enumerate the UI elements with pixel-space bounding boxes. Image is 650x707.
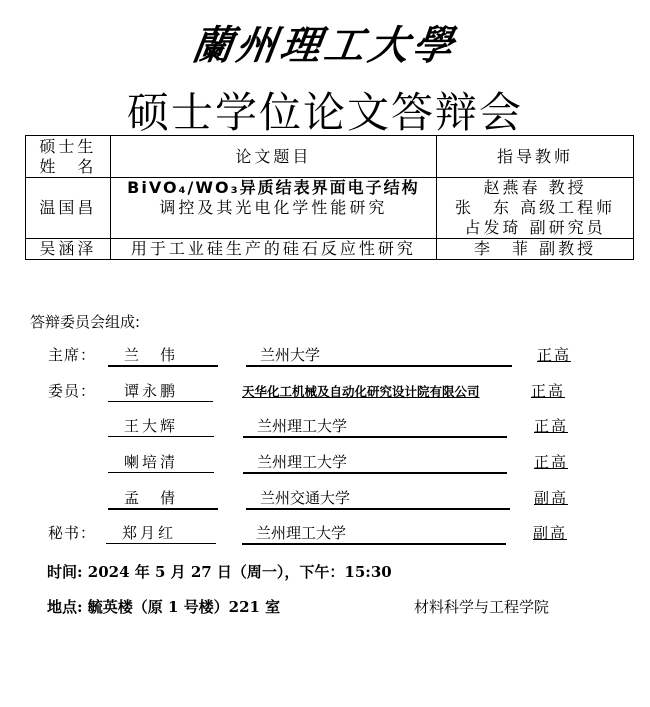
- header-student-line2: 姓 名: [28, 157, 108, 177]
- table-header-row: 硕士生 姓 名 论文题目 指导教师: [26, 136, 634, 178]
- header-student: 硕士生 姓 名: [26, 136, 111, 178]
- advisor: 赵燕春 教授: [439, 178, 631, 198]
- thesis-title: 用于工业硅生产的硅石反应性研究: [110, 239, 436, 260]
- member-name: 王大辉: [108, 415, 214, 437]
- thesis-title: BiVO₄/WO₃异质结表界面电子结构 调控及其光电化学性能研究: [110, 178, 436, 239]
- member-org: 兰州交通大学: [246, 487, 510, 510]
- defense-time: 时间: 2024 年 5 月 27 日（周一），下午：15:30: [47, 561, 392, 582]
- advisor-list: 赵燕春 教授 张 东 高级工程师 占发琦 副研究员: [437, 178, 634, 239]
- member-name: 兰 伟: [108, 344, 218, 367]
- thesis-table: 硕士生 姓 名 论文题目 指导教师 温国昌 BiVO₄/WO₃异质结表界面电子结…: [25, 135, 634, 260]
- member-rank: 正高: [534, 451, 568, 472]
- member-name: 郑月红: [106, 522, 216, 544]
- student-name: 吴涵泽: [26, 239, 111, 260]
- member-org: 兰州理工大学: [242, 522, 506, 545]
- advisor: 李 菲 副教授: [437, 239, 634, 260]
- advisor: 张 东 高级工程师: [439, 198, 631, 218]
- table-row: 吴涵泽 用于工业硅生产的硅石反应性研究 李 菲 副教授: [26, 239, 634, 260]
- member-rank: 正高: [534, 415, 568, 436]
- member-name: 孟 倩: [108, 487, 218, 510]
- committee-member-row: 委员： 谭永鹏 天华化工机械及自动化研究设计院有限公司 正高: [0, 380, 650, 404]
- header-student-line1: 硕士生: [28, 137, 108, 157]
- member-org: 天华化工机械及自动化研究设计院有限公司: [242, 382, 508, 400]
- committee-member-row: 喇培清 兰州理工大学 正高: [0, 451, 650, 475]
- table-row: 温国昌 BiVO₄/WO₃异质结表界面电子结构 调控及其光电化学性能研究 赵燕春…: [26, 178, 634, 239]
- thesis-title-line: 调控及其光电化学性能研究: [113, 198, 434, 218]
- member-name: 谭永鹏: [108, 380, 213, 402]
- page-title: 硕士学位论文答辩会: [0, 80, 650, 140]
- advisor: 占发琦 副研究员: [439, 218, 631, 238]
- member-role: 主席：: [48, 344, 96, 365]
- header-advisor: 指导教师: [437, 136, 634, 178]
- committee-member-row: 秘书： 郑月红 兰州理工大学 副高: [0, 522, 650, 546]
- member-role: 委员：: [48, 380, 96, 401]
- member-rank: 副高: [533, 522, 567, 543]
- member-org: 兰州理工大学: [243, 451, 507, 474]
- member-org: 兰州理工大学: [243, 415, 507, 438]
- committee-member-row: 主席： 兰 伟 兰州大学 正高: [0, 344, 650, 368]
- university-logo: 蘭州理工大學: [0, 14, 650, 71]
- committee-member-row: 王大辉 兰州理工大学 正高: [0, 415, 650, 439]
- defense-place: 地点: 毓英楼（原 1 号楼）221 室: [47, 596, 280, 617]
- member-role: 秘书：: [48, 522, 96, 543]
- header-thesis: 论文题目: [110, 136, 436, 178]
- thesis-title-line: BiVO₄/WO₃异质结表界面电子结构: [113, 178, 434, 198]
- member-rank: 正高: [531, 380, 565, 401]
- committee-heading: 答辩委员会组成:: [30, 311, 140, 332]
- committee-member-row: 孟 倩 兰州交通大学 副高: [0, 487, 650, 511]
- member-name: 喇培清: [108, 451, 214, 473]
- member-rank: 副高: [534, 487, 568, 508]
- college-name: 材料科学与工程学院: [414, 596, 549, 617]
- member-rank: 正高: [537, 344, 571, 365]
- student-name: 温国昌: [26, 178, 111, 239]
- member-org: 兰州大学: [246, 344, 512, 367]
